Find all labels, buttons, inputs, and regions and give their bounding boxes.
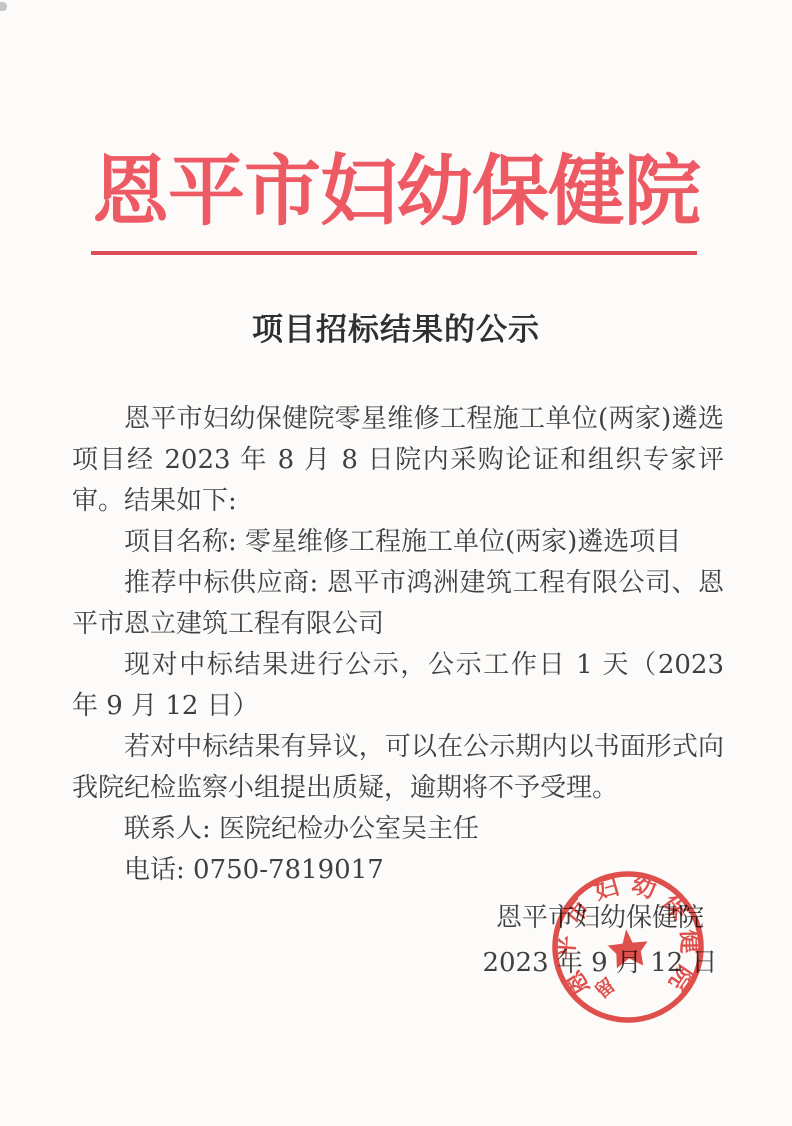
seal-star-icon [606,927,650,969]
seal-inner-mark: 留 [590,973,619,1003]
document-title: 项目招标结果的公示 [0,304,792,349]
paragraph-objection: 若对中标结果有异议，可以在公示期内以书面形式向我院纪检监察小组提出质疑，逾期将不… [72,727,724,809]
paragraph-suppliers: 推荐中标供应商: 恩平市鸿洲建筑工程有限公司、恩平市恩立建筑工程有限公司 [72,563,724,645]
paragraph-contact: 联系人: 医院纪检办公室吴主任 [72,809,724,850]
paragraph-publicity: 现对中标结果进行公示，公示工作日 1 天（2023 年 9 月 12 日） [72,645,724,727]
letterhead-divider-rule [91,251,697,255]
document-body: 恩平市妇幼保健院零星维修工程施工单位(两家)遴选项目经 2023 年 8 月 8… [72,399,724,891]
paragraph-intro: 恩平市妇幼保健院零星维修工程施工单位(两家)遴选项目经 2023 年 8 月 8… [72,399,724,522]
scanned-announcement-page: 恩平市妇幼保健院 项目招标结果的公示 恩平市妇幼保健院零星维修工程施工单位(两家… [0,0,792,1126]
official-seal-stamp: 恩平市妇幼保健院 留 [541,860,715,1034]
letterhead-org-name: 恩平市妇幼保健院 [0,130,792,241]
paragraph-project-name: 项目名称: 零星维修工程施工单位(两家)遴选项目 [72,522,724,563]
scan-artifact-speck [0,2,7,11]
